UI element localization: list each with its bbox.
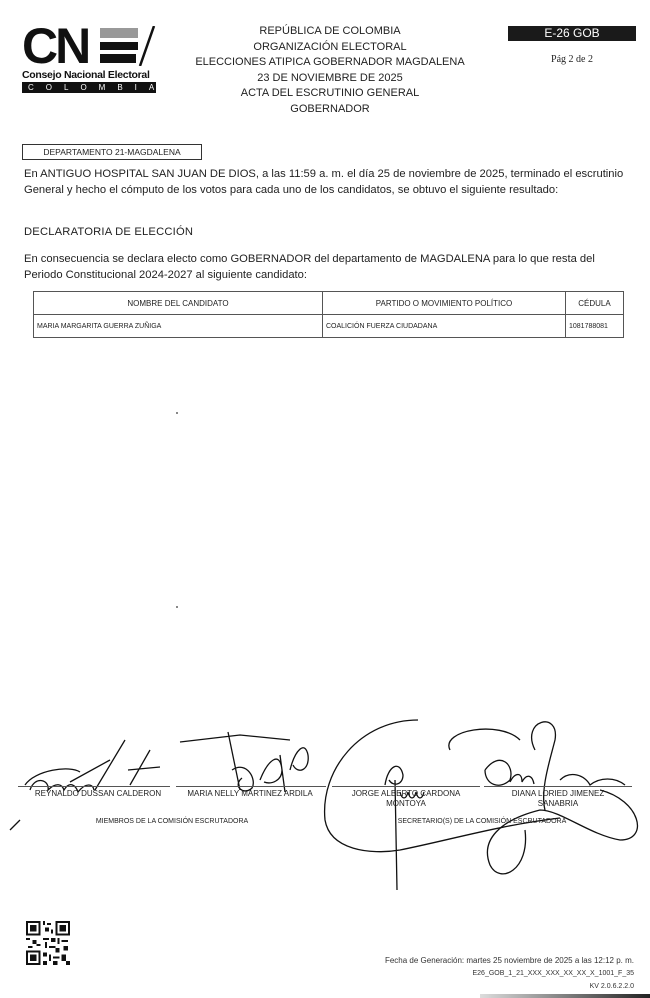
scan-speck <box>176 412 178 414</box>
document-code: E26_GOB_1_21_XXX_XXX_XX_XX_X_1001_F_35 <box>472 967 634 980</box>
signer-name-line: DIANA LORIED JIMENEZ <box>484 789 632 799</box>
qr-code-icon <box>26 921 70 965</box>
signer-name: DIANA LORIED JIMENEZ SANABRIA <box>484 789 632 809</box>
column-header: NOMBRE DEL CANDIDATO <box>34 292 323 315</box>
table-row: MARIA MARGARITA GUERRA ZUÑIGA COALICIÓN … <box>34 315 624 338</box>
header-line: ORGANIZACIÓN ELECTORAL <box>180 40 480 56</box>
declaration-text: En consecuencia se declara electo como G… <box>24 252 634 283</box>
scan-edge <box>480 994 650 998</box>
header-line: GOBERNADOR <box>180 102 480 118</box>
generation-date: Fecha de Generación: martes 25 noviembre… <box>385 954 634 967</box>
logo-name: Consejo Nacional Electoral <box>22 69 150 81</box>
signer-name-line: SANABRIA <box>484 799 632 809</box>
logo-acronym: CN <box>22 24 88 68</box>
signer-name-line: JORGE ALBERTO CARDONA <box>332 789 480 799</box>
header-line: ELECCIONES ATIPICA GOBERNADOR MAGDALENA <box>180 55 480 71</box>
version-label: KV 2.0.6.2.2.0 <box>590 980 634 993</box>
intro-paragraph: En ANTIGUO HOSPITAL SAN JUAN DE DIOS, a … <box>24 167 634 198</box>
section-title: DECLARATORIA DE ELECCIÓN <box>24 226 193 238</box>
scan-speck <box>176 606 178 608</box>
members-caption: MIEMBROS DE LA COMISIÓN ESCRUTADORA <box>18 818 326 825</box>
header-line: 23 DE NOVIEMBRE DE 2025 <box>180 71 480 87</box>
column-header: PARTIDO O MOVIMIENTO POLÍTICO <box>323 292 566 315</box>
candidate-name: MARIA MARGARITA GUERRA ZUÑIGA <box>34 315 323 338</box>
form-code-badge: E-26 GOB <box>508 26 636 41</box>
elected-candidate-table: NOMBRE DEL CANDIDATO PARTIDO O MOVIMIENT… <box>33 291 624 338</box>
document-header: REPÚBLICA DE COLOMBIA ORGANIZACIÓN ELECT… <box>180 24 480 117</box>
secretaries-caption: SECRETARIO(S) DE LA COMISIÓN ESCRUTADORA <box>332 818 632 825</box>
signature-line <box>332 786 480 787</box>
signature-line <box>18 786 170 787</box>
department-box: DEPARTAMENTO 21-MAGDALENA <box>22 144 202 160</box>
signature-line <box>484 786 632 787</box>
header-line: ACTA DEL ESCRUTINIO GENERAL <box>180 86 480 102</box>
signer-name: MARIA NELLY MARTINEZ ARDILA <box>174 789 326 799</box>
signer-name: REYNALDO DUSSAN CALDERON <box>18 789 178 799</box>
logo-flag-icon <box>100 26 156 66</box>
table-header-row: NOMBRE DEL CANDIDATO PARTIDO O MOVIMIENT… <box>34 292 624 315</box>
cne-logo: CN Consejo Nacional Electoral COLOMBIA <box>22 24 158 92</box>
header-line: REPÚBLICA DE COLOMBIA <box>180 24 480 40</box>
signer-name: JORGE ALBERTO CARDONA MONTOYA <box>332 789 480 809</box>
party-name: COALICIÓN FUERZA CIUDADANA <box>323 315 566 338</box>
logo-country: COLOMBIA <box>22 82 156 93</box>
page-number: Pág 2 de 2 <box>508 54 636 65</box>
cedula: 1081788081 <box>566 315 624 338</box>
signer-name-line: MONTOYA <box>332 799 480 809</box>
signature-line <box>176 786 326 787</box>
column-header: CÉDULA <box>566 292 624 315</box>
